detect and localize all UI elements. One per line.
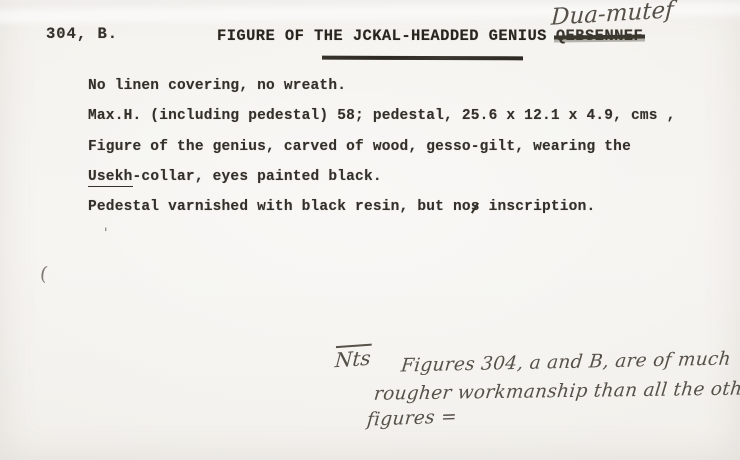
stray-pen-tick: ' [104,226,108,241]
body-line-5: Pedestal varnished with black resin, but… [88,199,595,215]
catalog-number: 304, B. [46,25,118,43]
body-line-3: Figure of the genius, carved of wood, ge… [88,139,631,155]
card-title-text: FIGURE OF THE JCKAL-HEADDED GENIUS [217,27,547,45]
struck-out-name: QEBSENNEF [556,27,643,45]
body-line-2: Max.H. (including pedestal) 58; pedestal… [88,108,676,124]
scanned-catalog-card: 304, B. FIGURE OF THE JCKAL-HEADDED GENI… [0,0,740,460]
title-underline [322,56,523,60]
body-line-4: Usekh-collar, eyes painted black. [88,169,382,185]
handwritten-note-line-3: figures = [366,406,458,430]
underlined-term: Usekh [88,169,133,187]
handwritten-note-line-2: rougher workmanship than all the other [373,378,740,404]
handwritten-note-label: Nts [334,346,371,373]
body-line-1: No linen covering, no wreath. [88,78,346,94]
body-line-5-pre: Pedestal varnished with black resin, but… [88,199,471,215]
card-title: FIGURE OF THE JCKAL-HEADDED GENIUSQEBSEN… [217,27,643,45]
stray-pen-mark: ( [39,263,49,286]
handwritten-correction: Dua-mutef [551,0,675,31]
body-line-5-post: inscription. [480,199,596,215]
handwritten-note-line-1: Figures 304, a and B, are of much [400,349,732,377]
body-line-4-rest: -collar, eyes painted black. [133,169,382,185]
slashed-out-char: s [471,199,480,215]
